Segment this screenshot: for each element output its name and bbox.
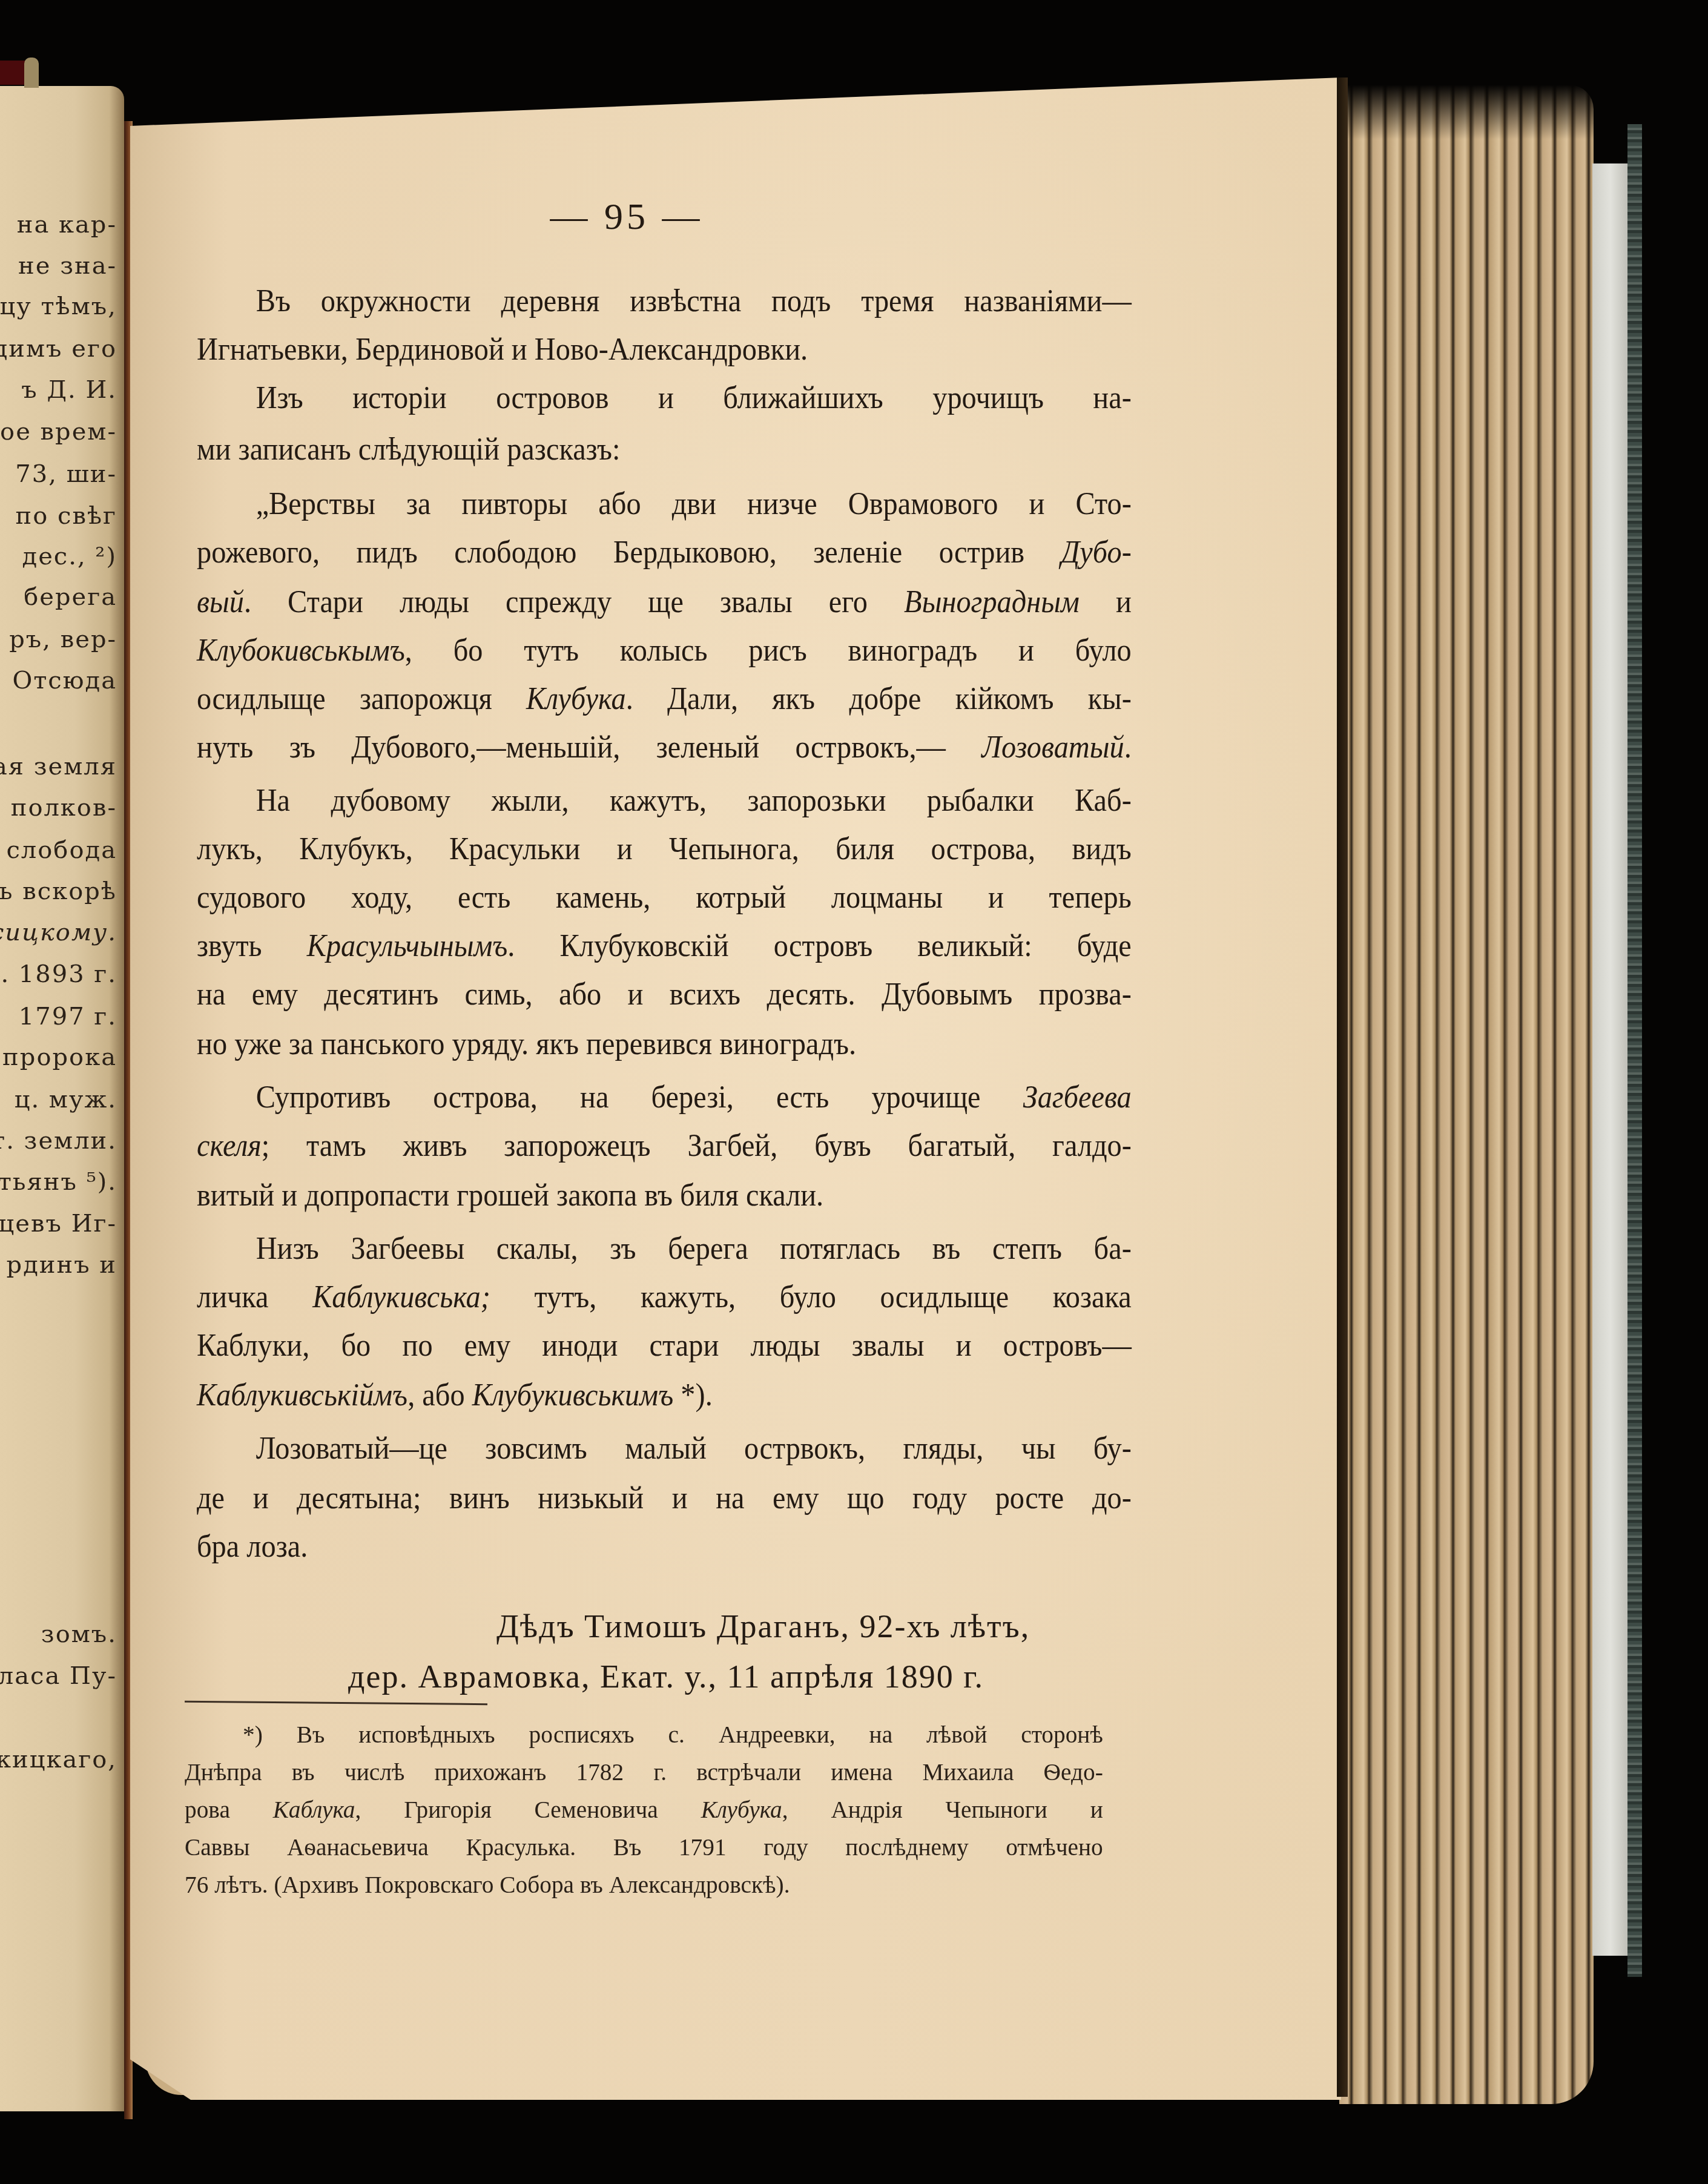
- left-page-line: сицкому.: [0, 919, 117, 946]
- left-page-line: берега: [24, 583, 117, 611]
- text-line: Низъ Загбеевы скалы, зъ берега потяглась…: [197, 1225, 1132, 1273]
- left-page-line: ижицкаго,: [0, 1746, 117, 1773]
- text-run: и: [1080, 585, 1132, 619]
- text-line: осидлыще запорожця Клубука. Дали, якъ до…: [197, 675, 1132, 724]
- left-page-line: т. земли.: [0, 1127, 117, 1155]
- italic-term: Красульчынымъ: [307, 929, 508, 963]
- text-run: Днѣпра въ числѣ прихожанъ 1782 г. встрѣч…: [185, 1758, 1103, 1786]
- italic-term: Выноградным: [904, 585, 1080, 619]
- text-run: Изъ исторіи островов и ближайшихъ урочищ…: [256, 381, 1132, 415]
- text-run: осидлыще запорожця: [197, 682, 526, 716]
- text-run: Супротивъ острова, на березі, есть урочи…: [256, 1080, 1023, 1115]
- text-line: рова Каблука, Григорія Семеновича Клубук…: [185, 1790, 1103, 1828]
- signature-line-1: Дѣдъ Тимошъ Драганъ, 92-хъ лѣтъ,: [496, 1608, 1030, 1645]
- left-page-line: 1797 г.: [19, 1003, 117, 1031]
- text-run: лукъ, Клубукъ, Красульки и Чепынога, бил…: [197, 832, 1132, 866]
- text-line: лукъ, Клубукъ, Красульки и Чепынога, бил…: [197, 825, 1132, 874]
- text-line: Супротивъ острова, на березі, есть урочи…: [197, 1074, 1132, 1122]
- text-line: скеля; тамъ живъ запорожецъ Загбей, бувъ…: [197, 1122, 1132, 1170]
- text-run: но уже за панського уряду. якъ перевився…: [197, 1027, 856, 1061]
- text-run: , або: [407, 1378, 472, 1413]
- text-line: но уже за панського уряду. якъ перевився…: [197, 1020, 1132, 1069]
- left-page-line: на кар-: [17, 211, 117, 239]
- text-line: витый и допропасти грошей закопа въ биля…: [197, 1172, 1132, 1220]
- text-line: судового ходу, есть камень, котрый лоцма…: [197, 874, 1132, 922]
- text-run: ; тамъ живъ запорожецъ Загбей, бувъ бага…: [262, 1129, 1132, 1163]
- text-line: Каблукивськіймъ, або Клубукивськимъ *).: [197, 1371, 1132, 1420]
- left-page-line: цевъ Иг-: [0, 1210, 117, 1238]
- text-line: рожевого, пидъ слободою Бердыковою, зеле…: [197, 529, 1132, 577]
- italic-term: Клубокивськымъ: [197, 633, 405, 668]
- text-run: *).: [673, 1378, 712, 1413]
- italic-term: Загбеева: [1023, 1080, 1132, 1115]
- text-line: вый. Стари люды спрежду ще звалы его Вын…: [197, 578, 1132, 627]
- text-run: . Дали, якъ добре кійкомъ кы-: [626, 682, 1132, 716]
- fore-edge-shadow: [1339, 85, 1594, 139]
- left-page-line: пророка: [2, 1043, 117, 1071]
- end-paper: [1592, 163, 1629, 1956]
- page-number: — 95 —: [130, 196, 1123, 239]
- italic-term: Клубука: [701, 1795, 782, 1823]
- text-line: На дубовому жыли, кажутъ, запорозьки рыб…: [197, 777, 1132, 825]
- left-page-line: ц. муж.: [15, 1086, 117, 1113]
- italic-term: Дубо-: [1061, 535, 1132, 570]
- left-page-line: ь вскорѣ: [0, 877, 117, 905]
- text-run: на ему десятинъ симь, або и всихъ десять…: [197, 977, 1132, 1012]
- text-line: Игнатьевки, Бердиновой и Ново-Александро…: [197, 326, 1132, 374]
- text-run: звуть: [197, 929, 307, 963]
- left-page-line: дес., ²): [22, 543, 117, 570]
- text-line: Въ окружности деревня извѣстна подъ трем…: [197, 277, 1132, 326]
- text-run: ми записанъ слѣдующій разсказъ:: [197, 432, 620, 467]
- text-run: *) Въ исповѣдныхъ росписяхъ с. Андреевки…: [243, 1720, 1103, 1748]
- text-run: , Андрія Чепыноги и: [782, 1795, 1103, 1823]
- text-line: Каблуки, бо по ему иноди стари люды звал…: [197, 1322, 1132, 1370]
- left-page-line: полков-: [11, 794, 117, 822]
- text-run: Въ окружности деревня извѣстна подъ трем…: [256, 284, 1132, 318]
- text-line: Днѣпра въ числѣ прихожанъ 1782 г. встрѣч…: [185, 1753, 1103, 1790]
- page-edge-shadow: [1337, 78, 1348, 2097]
- text-run: На дубовому жыли, кажутъ, запорозьки рыб…: [256, 784, 1132, 818]
- text-run: судового ходу, есть камень, котрый лоцма…: [197, 880, 1132, 915]
- text-line: Клубокивськымъ, бо тутъ колысь рисъ вино…: [197, 627, 1132, 675]
- left-page-line: по свѣг: [16, 502, 117, 530]
- text-line: *) Въ исповѣдныхъ росписяхъ с. Андреевки…: [185, 1715, 1103, 1753]
- text-run: , Григорія Семеновича: [355, 1795, 701, 1823]
- text-run: , бо тутъ колысь рисъ виноградъ и було: [405, 633, 1132, 668]
- text-run: Саввы Аѳанасьевича Красулька. Въ 1791 го…: [185, 1833, 1103, 1861]
- text-line: Изъ исторіи островов и ближайшихъ урочищ…: [197, 374, 1132, 423]
- text-run: рова: [185, 1795, 273, 1823]
- left-page-line: ая земля: [0, 753, 117, 780]
- text-run: витый и допропасти грошей закопа въ биля…: [197, 1178, 823, 1213]
- left-page-fragment: на кар-не зна-цу тѣмъ,димъ егоъ Д. И.ое …: [0, 86, 124, 2111]
- left-page-line: . 1893 г.: [1, 960, 117, 988]
- text-line: на ему десятинъ симь, або и всихъ десять…: [197, 971, 1132, 1019]
- signature-line-2: дер. Аврамовка, Екат. у., 11 апрѣля 1890…: [348, 1658, 984, 1695]
- italic-term: Каблукивськіймъ: [197, 1378, 407, 1413]
- text-line: бра лоза.: [197, 1523, 1132, 1571]
- left-page-line: 73, ши-: [15, 460, 117, 488]
- text-line: звуть Красульчынымъ. Клубуковскій остров…: [197, 922, 1132, 971]
- text-run: рожевого, пидъ слободою Бердыковою, зеле…: [197, 535, 1061, 570]
- text-run: 76 лѣтъ. (Архивъ Покровскаго Собора въ А…: [185, 1870, 790, 1898]
- italic-term: Лозоватый: [981, 730, 1124, 765]
- text-line: личка Каблукивська; тутъ, кажуть, було о…: [197, 1273, 1132, 1322]
- text-line: де и десятына; винъ низькый и на ему що …: [197, 1474, 1132, 1523]
- text-run: тутъ, кажуть, було осидлыще козака: [490, 1280, 1132, 1315]
- left-page-line: зомъ.: [41, 1620, 117, 1648]
- text-run: Лозоватый—це зовсимъ малый острвокъ, гля…: [256, 1431, 1132, 1466]
- text-run: .: [1124, 730, 1132, 765]
- left-page-line: не зна-: [18, 252, 117, 280]
- italic-term: Клубукивськимъ: [472, 1378, 674, 1413]
- book-page-95: — 95 — Въ окружности деревня извѣстна по…: [130, 78, 1341, 2100]
- italic-term: Каблука: [273, 1795, 355, 1823]
- italic-term: Каблукивська;: [312, 1280, 490, 1315]
- left-page-line: ръ, вер-: [9, 625, 117, 653]
- text-line: 76 лѣтъ. (Архивъ Покровскаго Собора въ А…: [185, 1866, 1103, 1903]
- text-line: „Верствы за пивторы або дви низче Оврамо…: [197, 480, 1132, 529]
- text-run: де и десятына; винъ низькый и на ему що …: [197, 1481, 1132, 1516]
- italic-term: Клубука: [526, 682, 626, 716]
- text-run: „Верствы за пивторы або дви низче Оврамо…: [256, 487, 1132, 521]
- text-run: бра лоза.: [197, 1529, 308, 1564]
- left-page-line: ъ Д. И.: [21, 376, 117, 404]
- book-cover: [1627, 124, 1642, 1977]
- text-run: Низъ Загбеевы скалы, зъ берега потяглась…: [256, 1232, 1132, 1266]
- text-line: Саввы Аѳанасьевича Красулька. Въ 1791 го…: [185, 1828, 1103, 1866]
- text-line: Лозоватый—це зовсимъ малый острвокъ, гля…: [197, 1425, 1132, 1473]
- left-page-line: слобода: [6, 836, 117, 864]
- left-page-line: ое врем-: [0, 418, 117, 446]
- bookmark-ribbon: [0, 61, 25, 85]
- left-page-line: стьянъ ⁵).: [0, 1168, 117, 1196]
- left-page-line: Отсюда: [12, 667, 117, 694]
- book-fore-edge: [1339, 85, 1594, 2104]
- text-line: нуть зъ Дубового,—меньшій, зеленый острв…: [197, 724, 1132, 772]
- text-run: Каблуки, бо по ему иноди стари люды звал…: [197, 1328, 1132, 1363]
- left-page-line: цу тѣмъ,: [0, 292, 117, 320]
- italic-term: скеля: [197, 1129, 262, 1163]
- italic-term: вый: [197, 585, 244, 619]
- left-page-line: рдинъ и: [7, 1251, 117, 1279]
- text-run: нуть зъ Дубового,—меньшій, зеленый острв…: [197, 730, 981, 765]
- text-line: ми записанъ слѣдующій разсказъ:: [197, 426, 1132, 474]
- text-run: Игнатьевки, Бердиновой и Ново-Александро…: [197, 332, 808, 367]
- text-run: . Клубуковскій островъ великый: буде: [507, 929, 1131, 963]
- left-page-line: димъ его: [0, 335, 117, 363]
- page-tab: [24, 58, 39, 88]
- footnote-rule: [185, 1701, 487, 1705]
- text-run: . Стари люды спрежду ще звалы его: [244, 585, 904, 619]
- left-page-line: гласа Пу-: [0, 1662, 117, 1690]
- text-run: личка: [197, 1280, 312, 1315]
